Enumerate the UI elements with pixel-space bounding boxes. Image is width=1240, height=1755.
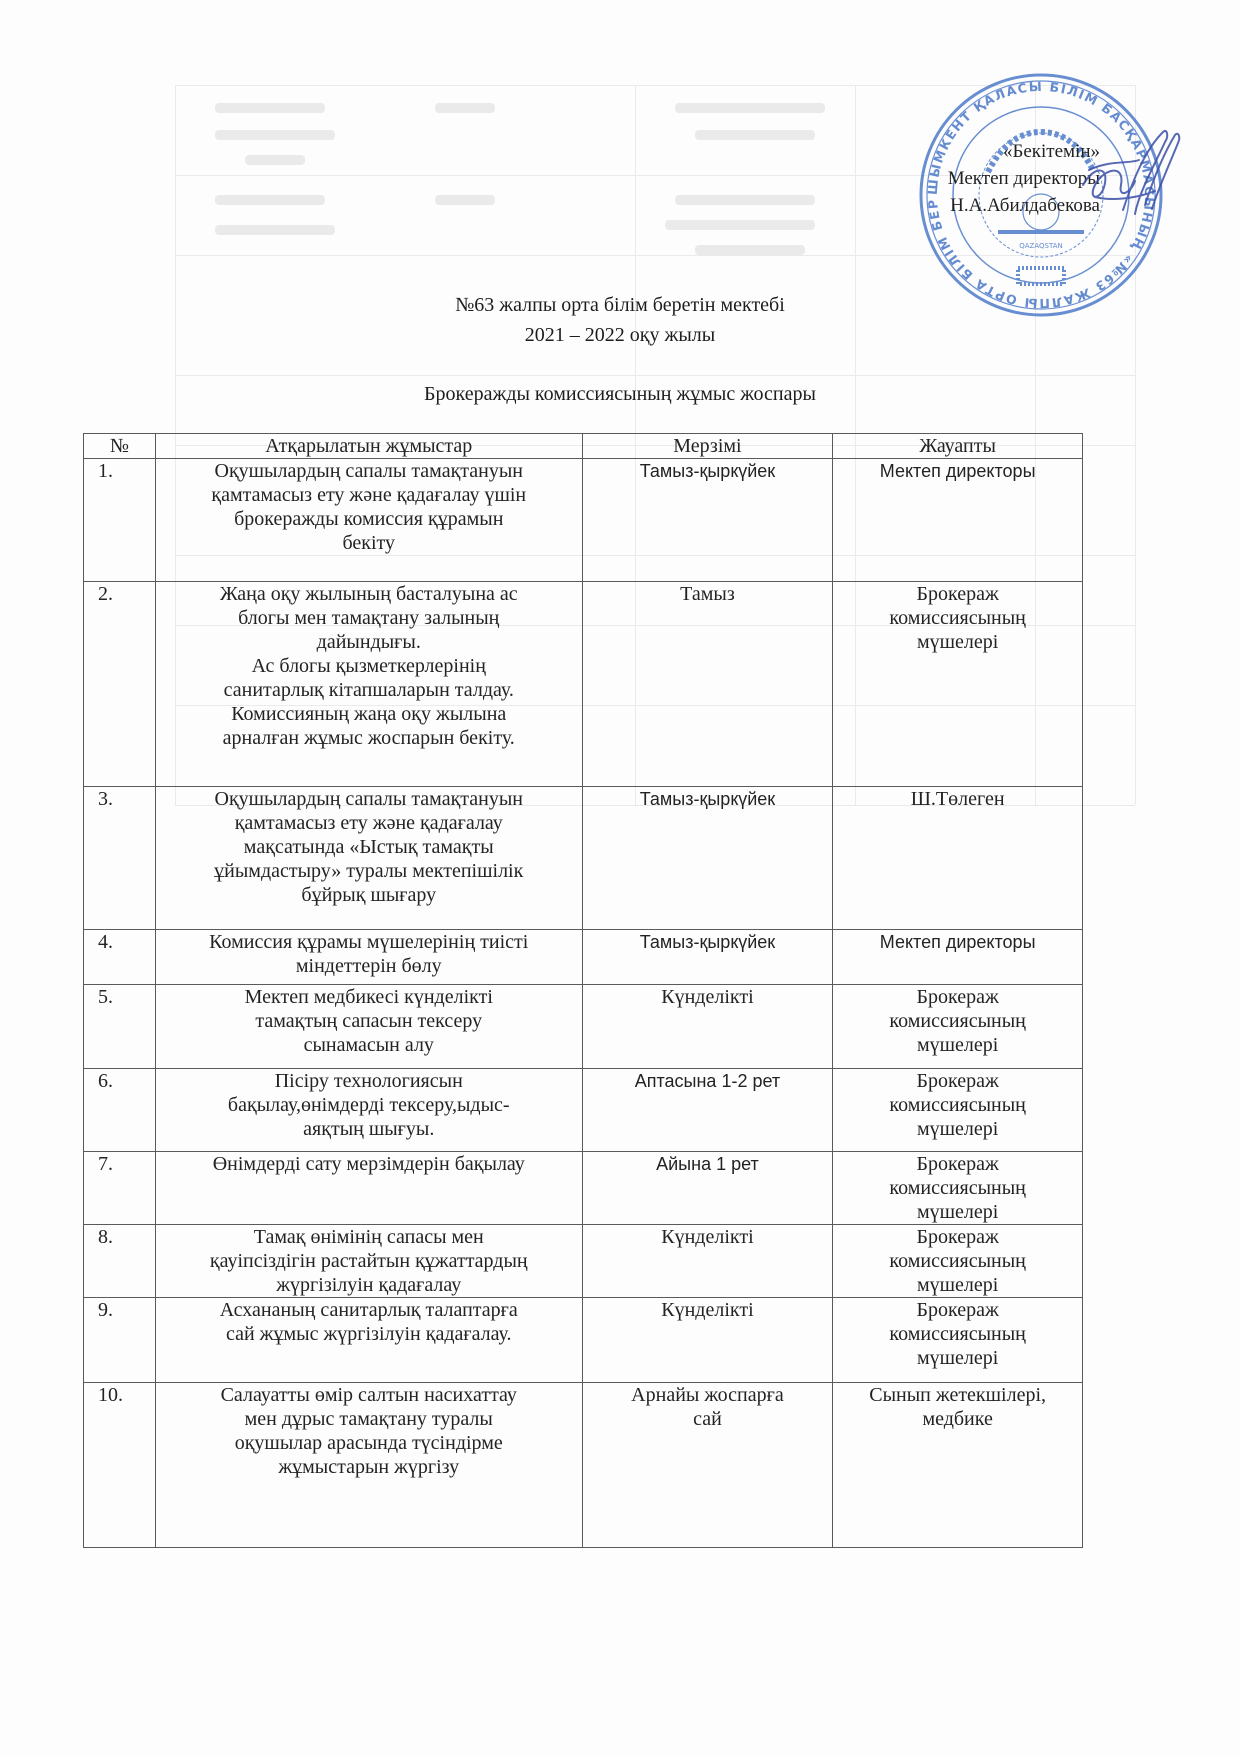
task-line: Пісіру технологиясын — [160, 1069, 578, 1093]
row-number: 6. — [84, 1069, 156, 1152]
row-number: 2. — [84, 582, 156, 787]
task-cell: Жаңа оқу жылының басталуына асблогы мен … — [155, 582, 582, 787]
term-cell: Арнайы жоспарға сай — [582, 1383, 833, 1548]
task-line: Тамақ өнімінің сапасы мен — [160, 1225, 578, 1249]
term-cell: Тамыз-қыркүйек — [582, 787, 833, 930]
responsible-line: комиссиясының — [837, 1093, 1078, 1117]
table-row: 3.Оқушылардың сапалы тамақтануынқамтамас… — [84, 787, 1083, 930]
stamp-emblem-text: QAZAQSTAN — [1019, 242, 1062, 250]
term-cell: Аптасына 1-2 рет — [582, 1069, 833, 1152]
task-cell: Өнімдерді сату мерзімдерін бақылау — [155, 1152, 582, 1225]
task-line: дайындығы. — [160, 630, 578, 654]
table-row: 1.Оқушылардың сапалы тамақтануынқамтамас… — [84, 459, 1083, 582]
responsible-line: мүшелері — [837, 1346, 1078, 1370]
table-row: 8.Тамақ өнімінің сапасы менқауіпсіздігін… — [84, 1225, 1083, 1298]
task-line: Комиссия құрамы мүшелерінің тиісті — [160, 930, 578, 954]
responsible-cell: Брокеражкомиссиясыныңмүшелері — [833, 1069, 1083, 1152]
task-line: брокеражды комиссия құрамын — [160, 507, 578, 531]
task-line: Өнімдерді сату мерзімдерін бақылау — [160, 1152, 578, 1176]
task-cell: Тамақ өнімінің сапасы менқауіпсіздігін р… — [155, 1225, 582, 1298]
task-line: Оқушылардың сапалы тамақтануын — [160, 787, 578, 811]
row-number: 7. — [84, 1152, 156, 1225]
task-line: арналған жұмыс жоспарын бекіту. — [160, 726, 578, 750]
task-line: жүргізілуін қадағалау — [160, 1273, 578, 1297]
responsible-line: медбике — [837, 1407, 1078, 1431]
task-line: қамтамасыз ету және қадағалау — [160, 811, 578, 835]
table-row: 4.Комиссия құрамы мүшелерінің тиістімінд… — [84, 930, 1083, 985]
task-line: Асхананың санитарлық талаптарға — [160, 1298, 578, 1322]
responsible-cell: Брокеражкомиссиясыныңмүшелері — [833, 985, 1083, 1069]
task-line: Оқушылардың сапалы тамақтануын — [160, 459, 578, 483]
row-number: 3. — [84, 787, 156, 930]
responsible-line: мүшелері — [837, 1200, 1078, 1224]
responsible-line: комиссиясының — [837, 1176, 1078, 1200]
responsible-line: Мектеп директоры — [837, 459, 1078, 483]
task-line: сай жұмыс жүргізілуін қадағалау. — [160, 1322, 578, 1346]
approval-position: Мектеп директоры — [860, 165, 1100, 192]
task-line: аяқтың шығуы. — [160, 1117, 578, 1141]
responsible-line: Брокераж — [837, 1152, 1078, 1176]
row-number: 4. — [84, 930, 156, 985]
task-line: санитарлық кітапшаларын талдау. — [160, 678, 578, 702]
table-row: 7.Өнімдерді сату мерзімдерін бақылауАйын… — [84, 1152, 1083, 1225]
column-header-number: № — [84, 434, 156, 459]
table-row: 5.Мектеп медбикесі күнделіктітамақтың са… — [84, 985, 1083, 1069]
responsible-cell: Брокеражкомиссиясыныңмүшелері — [833, 1152, 1083, 1225]
responsible-line: комиссиясының — [837, 1249, 1078, 1273]
task-cell: Комиссия құрамы мүшелерінің тиістіміндет… — [155, 930, 582, 985]
responsible-line: Брокераж — [837, 1069, 1078, 1093]
column-header-task: Атқарылатын жұмыстар — [155, 434, 582, 459]
task-line: блогы мен тамақтану залының — [160, 606, 578, 630]
task-line: Комиссияның жаңа оқу жылына — [160, 702, 578, 726]
term-cell: Күнделікті — [582, 1298, 833, 1383]
task-line: бекіту — [160, 531, 578, 555]
task-line: міндеттерін бөлу — [160, 954, 578, 978]
responsible-cell: Мектеп директоры — [833, 459, 1083, 582]
responsible-line: мүшелері — [837, 1273, 1078, 1297]
task-cell: Салауатты өмір салтын насихаттаумен дұры… — [155, 1383, 582, 1548]
term-cell: Айына 1 рет — [582, 1152, 833, 1225]
task-cell: Оқушылардың сапалы тамақтануынқамтамасыз… — [155, 787, 582, 930]
term-cell: Күнделікті — [582, 985, 833, 1069]
table-header-row: № Атқарылатын жұмыстар Мерзімі Жауапты — [84, 434, 1083, 459]
approval-block: «Бекітемін» Мектеп директоры Н.А.Абилдаб… — [860, 138, 1100, 219]
responsible-line: Сынып жетекшілері, — [837, 1383, 1078, 1407]
task-line: мен дұрыс тамақтану туралы — [160, 1407, 578, 1431]
table-row: 2.Жаңа оқу жылының басталуына асблогы ме… — [84, 582, 1083, 787]
task-line: Салауатты өмір салтын насихаттау — [160, 1383, 578, 1407]
column-header-responsible: Жауапты — [833, 434, 1083, 459]
task-cell: Мектеп медбикесі күнделіктітамақтың сапа… — [155, 985, 582, 1069]
task-line: қамтамасыз ету және қадағалау үшін — [160, 483, 578, 507]
responsible-line: мүшелері — [837, 1117, 1078, 1141]
task-line: сынамасын алу — [160, 1033, 578, 1057]
responsible-cell: Мектеп директоры — [833, 930, 1083, 985]
column-header-term: Мерзімі — [582, 434, 833, 459]
responsible-line: Мектеп директоры — [837, 930, 1078, 954]
term-cell: Тамыз-қыркүйек — [582, 459, 833, 582]
task-line: Жаңа оқу жылының басталуына ас — [160, 582, 578, 606]
term-cell: Күнделікті — [582, 1225, 833, 1298]
task-line: тамақтың сапасын тексеру — [160, 1009, 578, 1033]
responsible-cell: Брокеражкомиссиясыныңмүшелері — [833, 1225, 1083, 1298]
task-line: ұйымдастыру» туралы мектепішілік — [160, 859, 578, 883]
task-line: оқушылар арасында түсіндірме — [160, 1431, 578, 1455]
term-cell: Тамыз — [582, 582, 833, 787]
task-line: жұмыстарын жүргізу — [160, 1455, 578, 1479]
responsible-line: комиссиясының — [837, 1009, 1078, 1033]
task-cell: Пісіру технологиясынбақылау,өнімдерді те… — [155, 1069, 582, 1152]
approval-label: «Бекітемін» — [860, 138, 1100, 165]
responsible-line: Брокераж — [837, 1298, 1078, 1322]
responsible-cell: Брокеражкомиссиясыныңмүшелері — [833, 1298, 1083, 1383]
responsible-cell: Ш.Төлеген — [833, 787, 1083, 930]
term-cell: Тамыз-қыркүйек — [582, 930, 833, 985]
document-title: Брокеражды комиссиясының жұмыс жоспары — [0, 383, 1240, 406]
task-line: Мектеп медбикесі күнделікті — [160, 985, 578, 1009]
responsible-line: мүшелері — [837, 630, 1078, 654]
task-line: бақылау,өнімдерді тексеру,ыдыс- — [160, 1093, 578, 1117]
responsible-line: комиссиясының — [837, 1322, 1078, 1346]
responsible-line: Брокераж — [837, 582, 1078, 606]
table-row: 10.Салауатты өмір салтын насихаттаумен д… — [84, 1383, 1083, 1548]
responsible-cell: Брокеражкомиссиясыныңмүшелері — [833, 582, 1083, 787]
row-number: 9. — [84, 1298, 156, 1383]
academic-year: 2021 – 2022 оқу жылы — [0, 324, 1240, 347]
task-cell: Асхананың санитарлық талаптарғасай жұмыс… — [155, 1298, 582, 1383]
table-row: 6.Пісіру технологиясынбақылау,өнімдерді … — [84, 1069, 1083, 1152]
task-line: мақсатында «Ыстық тамақты — [160, 835, 578, 859]
row-number: 10. — [84, 1383, 156, 1548]
task-line: қауіпсіздігін растайтын құжаттардың — [160, 1249, 578, 1273]
task-line: бұйрық шығару — [160, 883, 578, 907]
table-row: 9.Асхананың санитарлық талаптарғасай жұм… — [84, 1298, 1083, 1383]
director-signature — [1075, 125, 1185, 245]
responsible-line: Ш.Төлеген — [837, 787, 1078, 811]
row-number: 1. — [84, 459, 156, 582]
row-number: 8. — [84, 1225, 156, 1298]
task-cell: Оқушылардың сапалы тамақтануынқамтамасыз… — [155, 459, 582, 582]
approval-name: Н.А.Абилдабекова — [860, 192, 1100, 219]
row-number: 5. — [84, 985, 156, 1069]
responsible-line: Брокераж — [837, 1225, 1078, 1249]
responsible-line: мүшелері — [837, 1033, 1078, 1057]
responsible-cell: Сынып жетекшілері,медбике — [833, 1383, 1083, 1548]
task-line: Ас блогы қызметкерлерінің — [160, 654, 578, 678]
responsible-line: комиссиясының — [837, 606, 1078, 630]
responsible-line: Брокераж — [837, 985, 1078, 1009]
work-plan-table: № Атқарылатын жұмыстар Мерзімі Жауапты 1… — [83, 433, 1083, 1548]
